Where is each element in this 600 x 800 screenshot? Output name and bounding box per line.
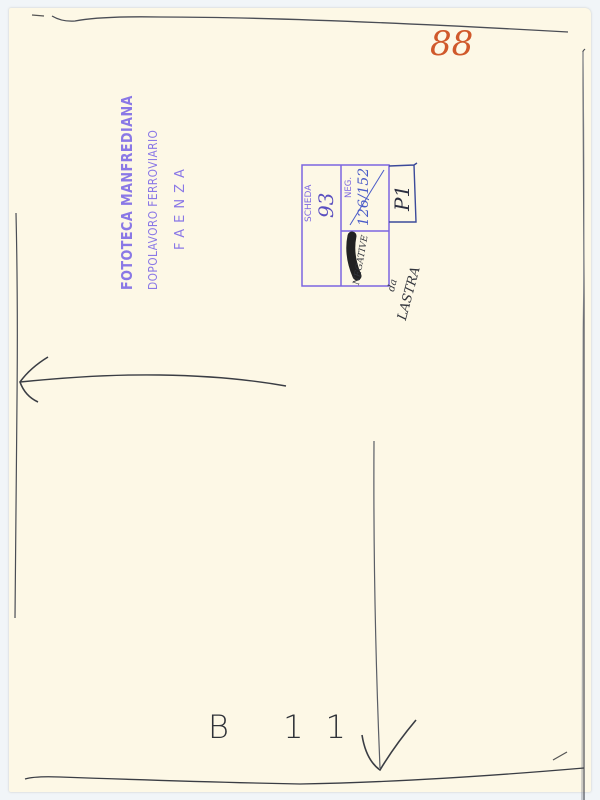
catalog-number: 88 bbox=[430, 24, 473, 64]
down-arrow-icon bbox=[362, 441, 416, 770]
scheda-value: 93 bbox=[314, 193, 338, 218]
position-value: P1 bbox=[390, 185, 414, 211]
stamp-line-club: DOPOLAVORO FERROVIARIO bbox=[145, 130, 160, 290]
neg-value: 126/152 bbox=[356, 168, 372, 226]
left-crop-line bbox=[15, 213, 17, 618]
neg-label: NEG. bbox=[344, 177, 354, 198]
stamp-line-city: FAENZA bbox=[173, 163, 188, 250]
bottom-label: B 11 bbox=[208, 708, 368, 746]
scheda-label: SCHEDA bbox=[304, 185, 314, 222]
left-arrow-icon bbox=[20, 357, 286, 402]
pencil-marks bbox=[0, 0, 600, 800]
stamp-line-archive: FOTOTECA MANFREDIANA bbox=[118, 95, 136, 290]
